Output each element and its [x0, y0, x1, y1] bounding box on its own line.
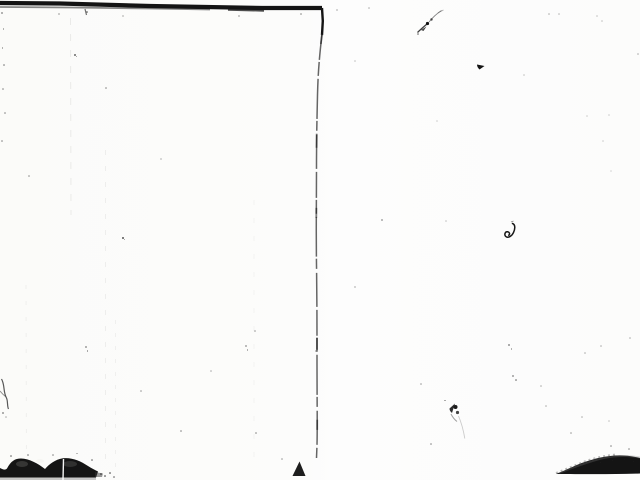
ink-speck: [586, 115, 588, 117]
ink-speck: [3, 64, 5, 66]
ink-speck: [336, 9, 338, 11]
ink-speck: [430, 443, 432, 445]
ink-speck: [420, 383, 422, 385]
ink-speck: [596, 15, 598, 17]
ink-speck: [3, 28, 5, 30]
ink-speck: [512, 375, 514, 377]
ink-speck: [570, 432, 572, 434]
ink-speck: [254, 330, 256, 332]
ink-speck: [180, 430, 182, 432]
ink-speck: [140, 390, 142, 392]
ink-speck: [381, 219, 383, 221]
ink-speck: [600, 462, 601, 463]
ink-speck: [100, 473, 102, 475]
ink-speck: [436, 120, 438, 122]
ink-speck: [354, 286, 356, 288]
ink-speck: [86, 11, 88, 13]
ink-speck: [255, 432, 257, 434]
ink-speck: [160, 158, 162, 160]
ink-speck: [354, 60, 356, 62]
ink-speck: [105, 87, 107, 89]
ink-speck: [444, 400, 446, 402]
ink-speck: [445, 220, 447, 222]
ink-speck: [104, 475, 106, 477]
ink-speck: [28, 175, 30, 177]
ink-speck: [113, 476, 115, 478]
ink-speck: [540, 385, 542, 387]
ink-speck: [600, 345, 602, 347]
ink-speck: [601, 20, 603, 22]
ink-speck: [637, 53, 639, 55]
ink-speck: [76, 453, 78, 455]
ink-speck: [85, 346, 87, 348]
ink-speck: [91, 459, 93, 461]
ink-speck: [124, 239, 125, 240]
ink-speck: [1, 140, 3, 142]
ink-speck: [608, 420, 610, 422]
ink-speck: [558, 13, 560, 15]
ink-speck: [610, 445, 612, 447]
ink-speck: [300, 13, 302, 15]
ink-speck: [633, 461, 634, 462]
ink-speck: [508, 344, 510, 346]
ink-speck: [10, 455, 12, 457]
ink-speck: [58, 13, 60, 15]
ink-speck: [2, 47, 4, 49]
ink-speck: [76, 56, 78, 58]
ink-speck: [109, 472, 111, 474]
ink-speck: [511, 348, 513, 350]
ink-speck: [602, 140, 604, 142]
scanned-page: [0, 0, 640, 480]
ink-speck: [523, 74, 525, 76]
ink-speck: [27, 454, 29, 456]
ink-speck: [612, 460, 613, 461]
ink-speck: [368, 7, 370, 9]
ink-speck: [87, 350, 89, 352]
ink-speck: [545, 405, 547, 407]
ink-speck: [624, 459, 625, 460]
ink-speck: [281, 458, 283, 460]
speck-layer: [0, 0, 640, 480]
ink-speck: [629, 337, 631, 339]
ink-speck: [238, 15, 240, 17]
ink-speck: [52, 454, 54, 456]
ink-speck: [245, 345, 247, 347]
ink-speck: [315, 350, 317, 352]
ink-speck: [608, 114, 610, 116]
ink-speck: [4, 112, 6, 114]
ink-speck: [2, 88, 4, 90]
ink-speck: [122, 15, 124, 17]
ink-speck: [610, 170, 612, 172]
ink-speck: [247, 349, 249, 351]
ink-speck: [210, 370, 212, 372]
ink-speck: [548, 13, 550, 15]
ink-speck: [628, 448, 630, 450]
ink-speck: [1, 12, 3, 14]
ink-speck: [581, 416, 583, 418]
ink-speck: [584, 352, 586, 354]
ink-speck: [417, 33, 419, 35]
ink-speck: [515, 379, 517, 381]
